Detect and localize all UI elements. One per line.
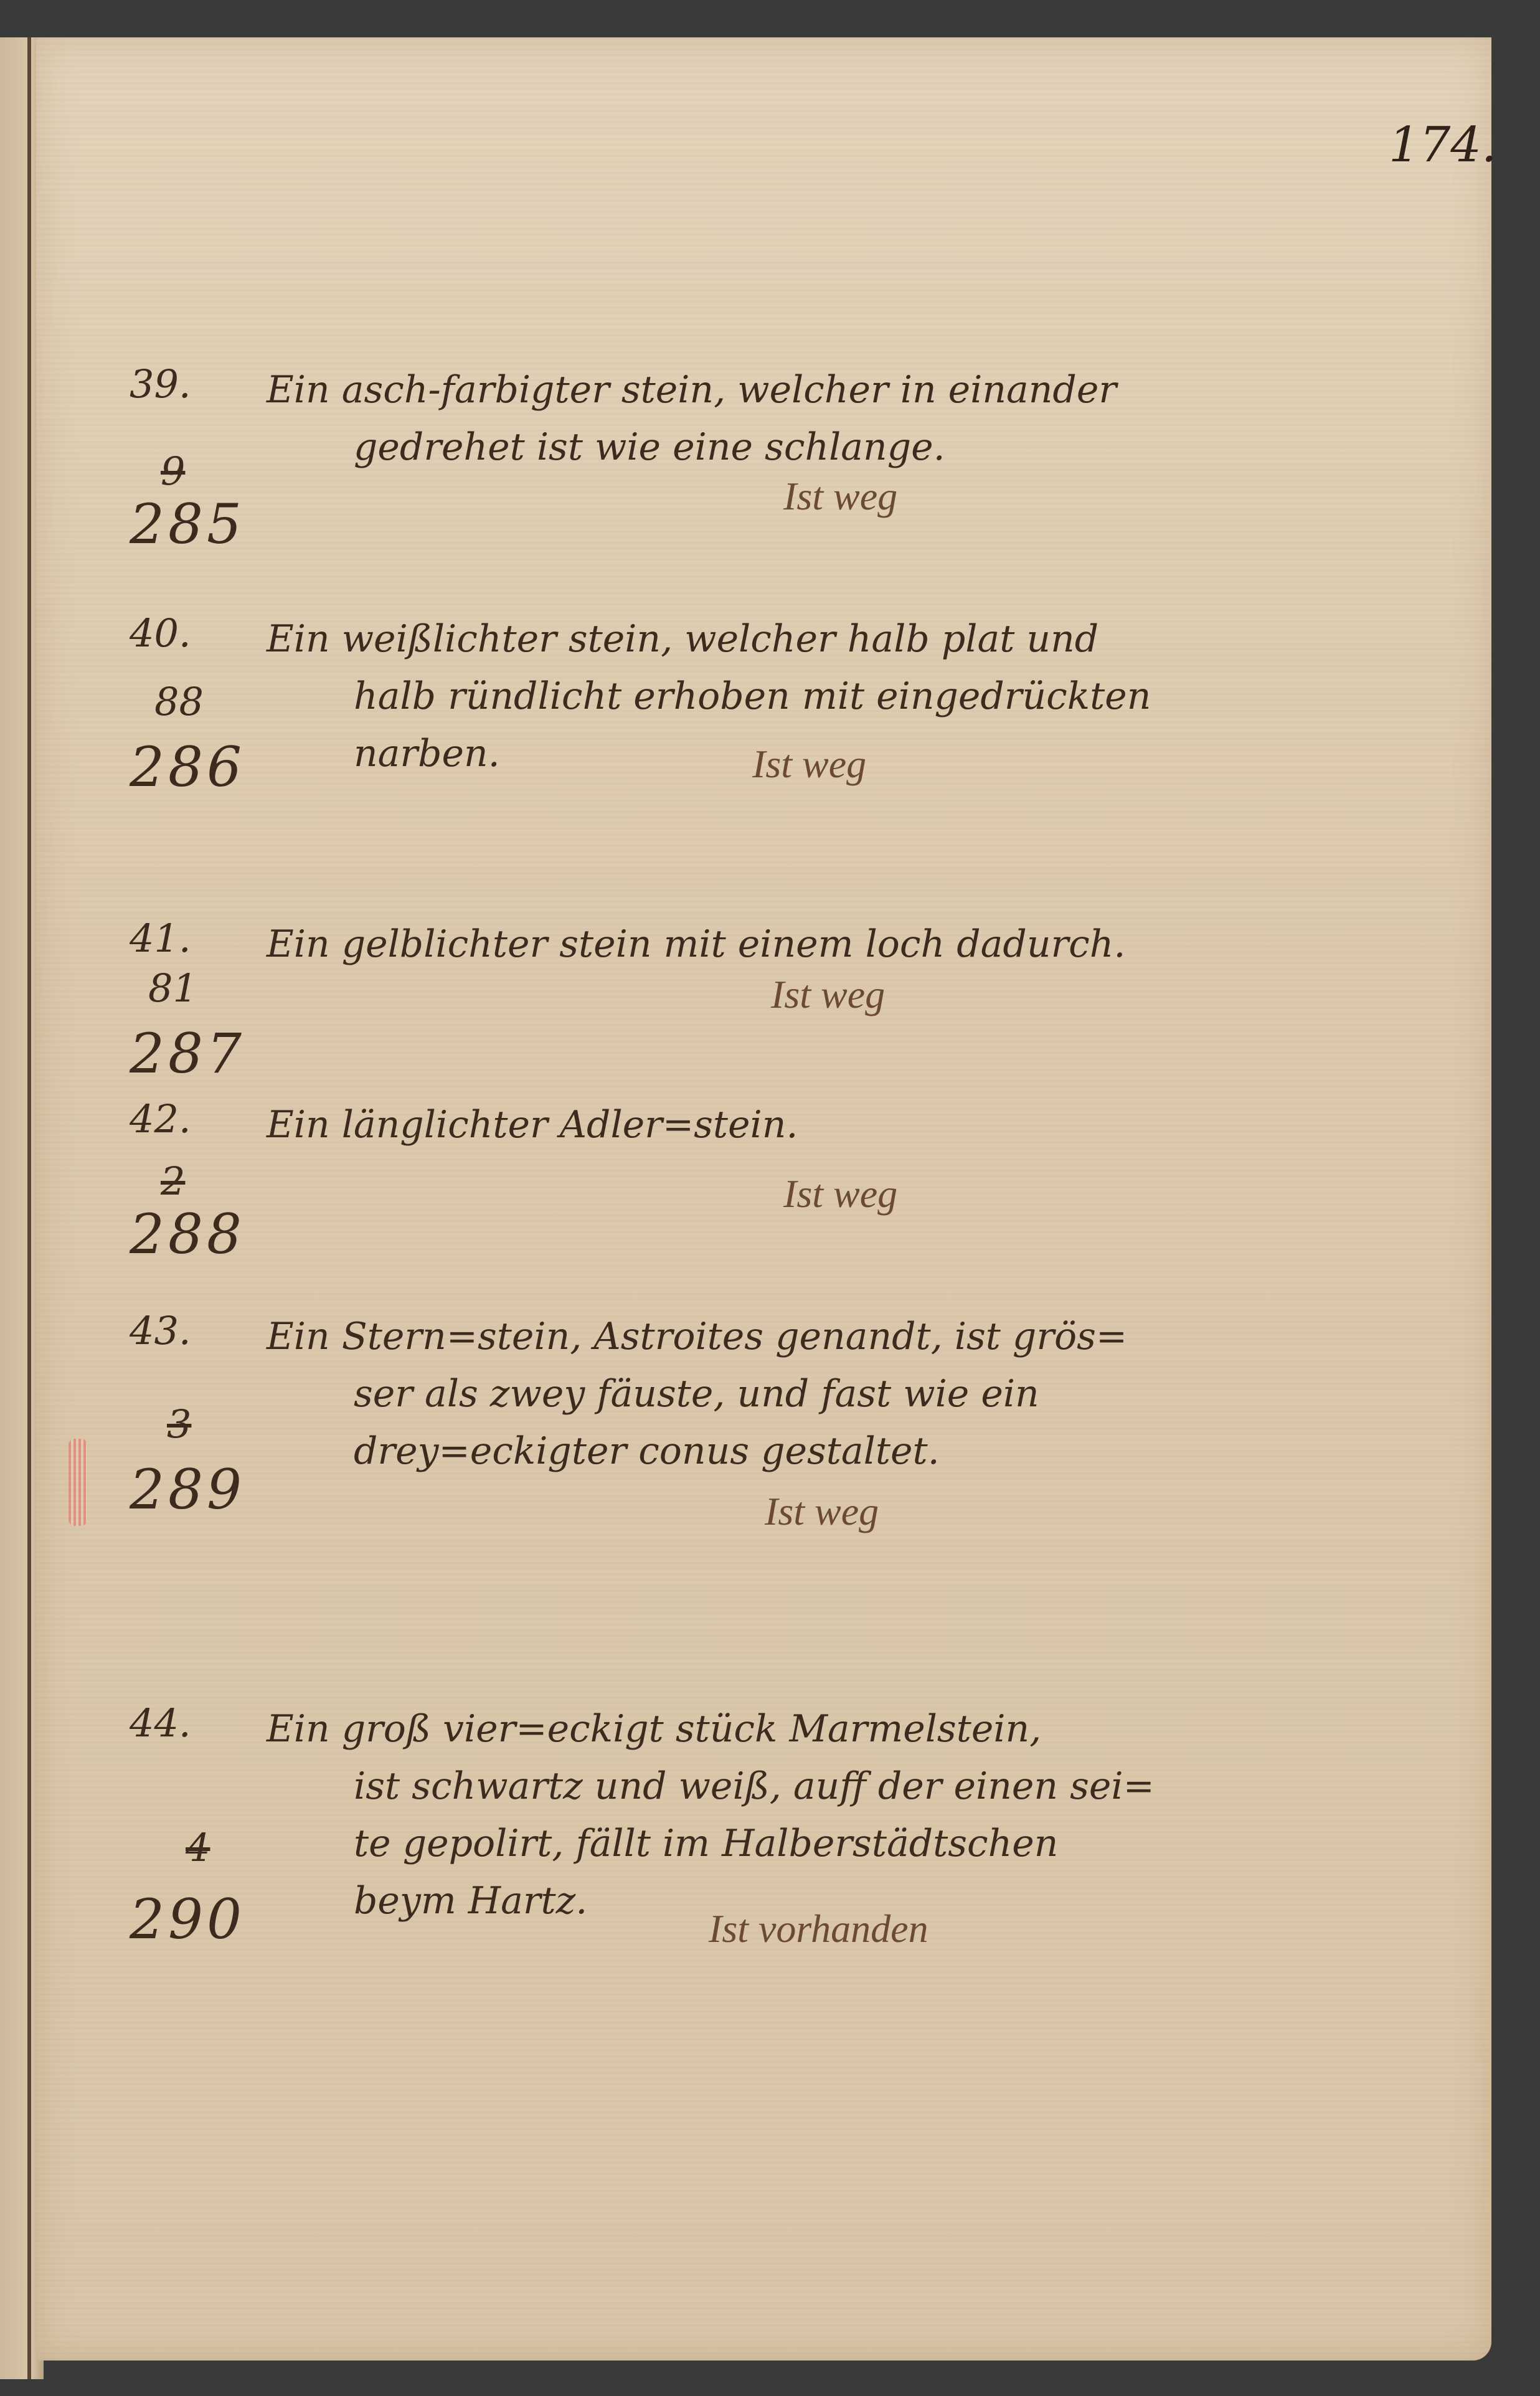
entry-description: Ein asch-farbigter stein, welcher in ein…	[267, 361, 1481, 476]
book-gutter	[27, 37, 31, 2379]
old-catalog-number: 3	[167, 1401, 191, 1447]
old-catalog-number: 9	[161, 448, 185, 494]
entry-number: 43.	[130, 1308, 191, 1353]
status-note: Ist weg	[783, 1171, 897, 1217]
entry-number: 39.	[130, 361, 191, 407]
entry-line: Ein länglichter Adler=stein.	[267, 1096, 1481, 1153]
entry-description: Ein Stern=stein, Astroites genandt, ist …	[267, 1308, 1481, 1480]
new-catalog-number: 290	[130, 1887, 245, 1951]
entry-number: 42.	[130, 1096, 191, 1142]
new-catalog-number: 287	[130, 1021, 245, 1086]
old-catalog-number: 2	[161, 1158, 185, 1204]
entry-number: 41.	[130, 916, 191, 961]
old-catalog-number: 81	[148, 965, 197, 1011]
old-catalog-number: 4	[186, 1825, 210, 1870]
entry-line: ser als zwey fäuste, und fast wie ein	[267, 1365, 1481, 1423]
entry-line: Ein groß vier=eckigt stück Marmelstein,	[267, 1700, 1481, 1758]
entry-description: Ein weißlichter stein, welcher halb plat…	[267, 610, 1481, 782]
manuscript-page: 174. 39. Ein asch-farbigter stein, welch…	[36, 37, 1491, 2360]
entry-line: Ein Stern=stein, Astroites genandt, ist …	[267, 1308, 1481, 1365]
status-note: Ist weg	[771, 972, 885, 1018]
entry-line: gedrehet ist wie eine schlange.	[267, 419, 1481, 476]
inventory-entry-43: 43. Ein Stern=stein, Astroites genandt, …	[130, 1308, 1500, 1557]
entry-line: halb ründlicht erhoben mit eingedrückten	[267, 668, 1481, 725]
entry-line: Ein weißlichter stein, welcher halb plat…	[267, 610, 1481, 668]
status-note: Ist weg	[752, 741, 866, 787]
inventory-entry-41: 41. Ein gelblichter stein mit einem loch…	[130, 916, 1500, 1084]
binding-thread	[68, 1439, 87, 1526]
entry-line: Ein gelblichter stein mit einem loch dad…	[267, 916, 1481, 973]
inventory-entry-39: 39. Ein asch-farbigter stein, welcher in…	[130, 361, 1500, 561]
new-catalog-number: 289	[130, 1457, 245, 1522]
entry-line: te gepolirt, fällt im Halberstädtschen	[267, 1815, 1481, 1872]
entry-line: narben.	[267, 725, 1481, 782]
page-number: 174.	[1389, 117, 1497, 173]
new-catalog-number: 286	[130, 735, 245, 799]
entry-number: 44.	[130, 1700, 191, 1746]
entry-description: Ein länglichter Adler=stein.	[267, 1096, 1481, 1153]
entry-line: drey=eckigter conus gestaltet.	[267, 1423, 1481, 1480]
new-catalog-number: 285	[130, 492, 245, 556]
entry-line: beym Hartz.	[267, 1872, 1481, 1930]
new-catalog-number: 288	[130, 1202, 245, 1266]
entry-line: ist schwartz und weiß, auff der einen se…	[267, 1758, 1481, 1815]
status-note: Ist vorhanden	[709, 1906, 928, 1952]
entry-description: Ein groß vier=eckigt stück Marmelstein, …	[267, 1700, 1481, 1930]
inventory-entry-42: 42. Ein länglichter Adler=stein. 2 288 I…	[130, 1096, 1500, 1283]
inventory-entry-40: 40. Ein weißlichter stein, welcher halb …	[130, 610, 1500, 835]
old-catalog-number: 88	[154, 679, 204, 724]
inventory-entry-44: 44. Ein groß vier=eckigt stück Marmelste…	[130, 1700, 1500, 1987]
status-note: Ist weg	[783, 473, 897, 519]
entry-description: Ein gelblichter stein mit einem loch dad…	[267, 916, 1481, 973]
entry-line: Ein asch-farbigter stein, welcher in ein…	[267, 361, 1481, 419]
entry-number: 40.	[130, 610, 191, 656]
status-note: Ist weg	[765, 1489, 879, 1535]
